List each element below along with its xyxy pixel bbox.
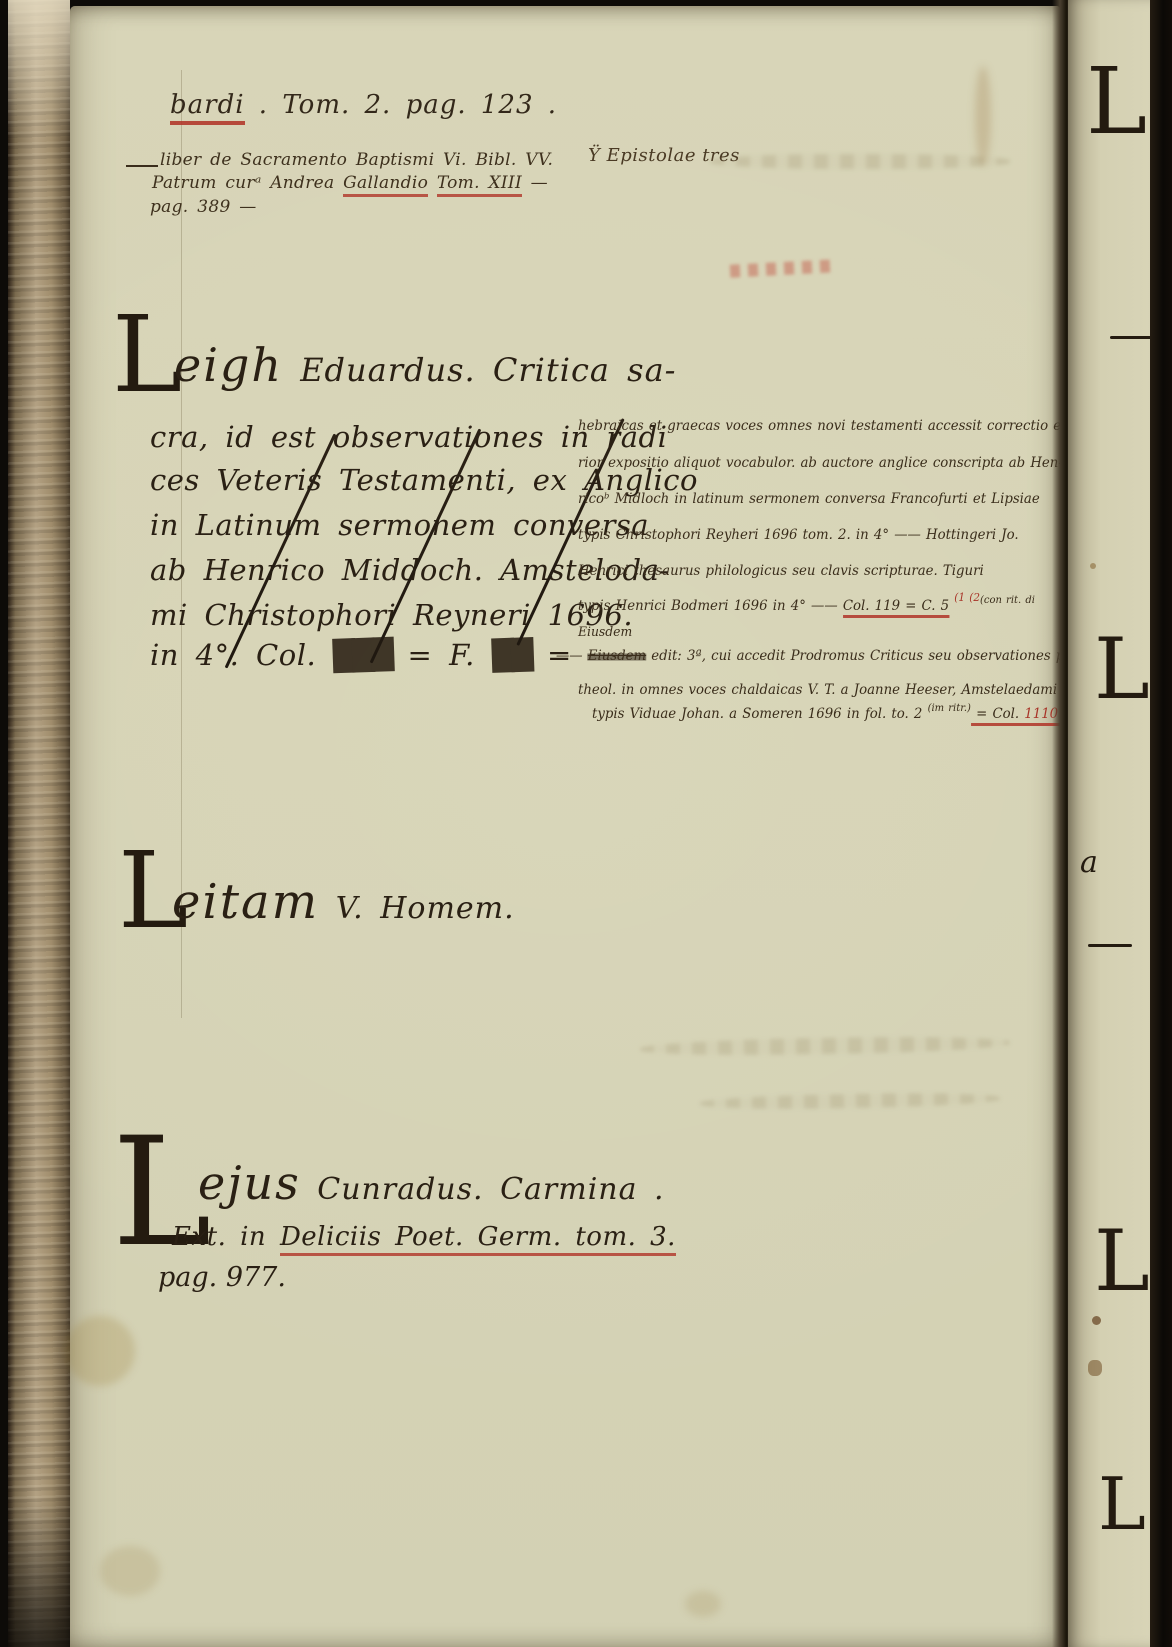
catchword-underlined: bardi — [170, 90, 245, 125]
rightcol-line: hebraicas et graecas voces omnes novi te… — [578, 418, 1101, 434]
note-lead-dash — [126, 165, 158, 167]
headword-rest: V. Homem. — [319, 891, 514, 926]
headword-big: ejus — [198, 1156, 301, 1210]
line8-text: edit: 3ª, cui accedit Prodromus Criticus… — [646, 648, 1098, 664]
shelfmark-ref-red-underline: Col. 119 = C. 5 — [843, 598, 949, 618]
line10-superscript: (im ritr.) — [928, 702, 971, 714]
binding-paper-edge — [8, 0, 70, 140]
ink-speck — [1088, 1360, 1102, 1376]
paper-stain — [685, 1591, 721, 1617]
rightcol-line8: —— Eiusdem edit: 3ª, cui accedit Prodrom… — [556, 648, 1098, 664]
ink-speck — [1090, 563, 1096, 569]
leigh-last-line: in 4°. Col. ███ = F. ██ = — [150, 638, 572, 672]
note-underline-tom: Tom. XIII — [437, 173, 522, 197]
entry-lejus-headword: ejus Cunradus. Carmina . — [198, 1156, 665, 1210]
leigh-last-pre: in 4°. Col. — [150, 638, 333, 672]
note-line2-pre: Patrum curᵃ Andrea — [152, 173, 343, 193]
paper-stain — [65, 1316, 135, 1386]
next-page-edge: L L a L L — [1068, 0, 1150, 1647]
ink-speck — [1092, 1316, 1101, 1325]
bleedthrough-text-3 — [700, 1091, 1000, 1110]
note-line2-end: — — [522, 173, 548, 193]
leigh-last-mid: = F. — [391, 638, 492, 672]
headword-rest: Cunradus. Carmina . — [301, 1172, 665, 1207]
struck-word: Eiusdem — [588, 648, 646, 664]
line10-eq: = Col. — [971, 706, 1024, 722]
book-scan: bardi . Tom. 2. pag. 123 . liber de Sacr… — [0, 0, 1172, 1647]
ext-red-underline: Deliciis Poet. Germ. tom. 3. — [280, 1222, 676, 1256]
bleedthrough-text-1 — [710, 154, 1010, 169]
entry-leigh-headword: eigh Eduardus. Critica sa- — [174, 338, 676, 392]
line6-paren: (con rit. di — [980, 594, 1035, 606]
line6-text: typis Henrici Bodmeri 1696 in 4° —— — [578, 598, 843, 614]
next-page-initial: L — [1094, 620, 1150, 718]
biblio-note-line1: liber de Sacramento Baptismi Vi. Bibl. V… — [160, 150, 553, 170]
line10-text: typis Viduae Johan. a Someren 1696 in fo… — [592, 706, 928, 722]
rightcol-line: typis Christophori Reyheri 1696 tom. 2. … — [578, 527, 1019, 543]
next-page-dash — [1110, 336, 1150, 339]
manuscript-page: bardi . Tom. 2. pag. 123 . liber de Sacr… — [70, 6, 1060, 1647]
note-line2-sep — [428, 173, 437, 193]
header-catchword: bardi . Tom. 2. pag. 123 . — [170, 90, 557, 120]
rightcol-line: Henrici thesaurus philologicus seu clavi… — [578, 563, 984, 579]
inserted-word: Eiusdem — [578, 625, 632, 640]
headword-rest: Eduardus. Critica sa- — [283, 351, 676, 389]
next-page-initial: L — [1086, 48, 1147, 155]
note-underline-gallandio: Gallandio — [343, 173, 428, 197]
next-page-initial: L — [1094, 1212, 1150, 1310]
biblio-note-line2: Patrum curᵃ Andrea Gallandio Tom. XIII — — [152, 173, 548, 193]
biblio-note-line3: pag. 389 — — [150, 197, 257, 217]
next-page-letter: a — [1080, 845, 1098, 880]
lejus-ext-line: Ext. in Deliciis Poet. Germ. tom. 3. — [172, 1222, 676, 1252]
paper-stain — [100, 1546, 160, 1596]
headword-big: eitam — [172, 874, 319, 930]
rightcol-line6: typis Henrici Bodmeri 1696 in 4° —— Col.… — [578, 598, 1035, 614]
next-page-dash — [1088, 944, 1132, 947]
book-binding — [8, 0, 70, 1647]
binding-shadow — [8, 1497, 70, 1647]
catchword-rest: . Tom. 2. pag. 123 . — [245, 90, 558, 120]
rightcol-line: rior expositio aliquot vocabulor. ab auc… — [578, 455, 1063, 471]
paper-smear — [975, 66, 991, 166]
scribbled-number: ██ — [491, 637, 531, 672]
bleedthrough-text-2 — [640, 1035, 1010, 1057]
lejus-pag-line: pag. 977. — [158, 1262, 286, 1293]
entry-leitam-headword: eitam V. Homem. — [172, 874, 515, 930]
headword-big: eigh — [174, 338, 283, 392]
entry-leigh-initial: L — [112, 302, 182, 408]
next-page-initial: L — [1098, 1462, 1146, 1546]
book-right-edge — [1150, 0, 1172, 1647]
rightcol-line: ricoᵇ Midloch in latinum sermonem conver… — [578, 491, 1040, 507]
red-superscript: (1 (2 — [954, 591, 980, 604]
line8-dash: —— — [556, 648, 588, 664]
scribbled-number: ███ — [332, 637, 391, 673]
ext-pre: Ext. in — [172, 1222, 280, 1252]
bleedthrough-red-mark — [730, 259, 836, 277]
rightcol-line: theol. in omnes voces chaldaicas V. T. a… — [578, 682, 1057, 698]
